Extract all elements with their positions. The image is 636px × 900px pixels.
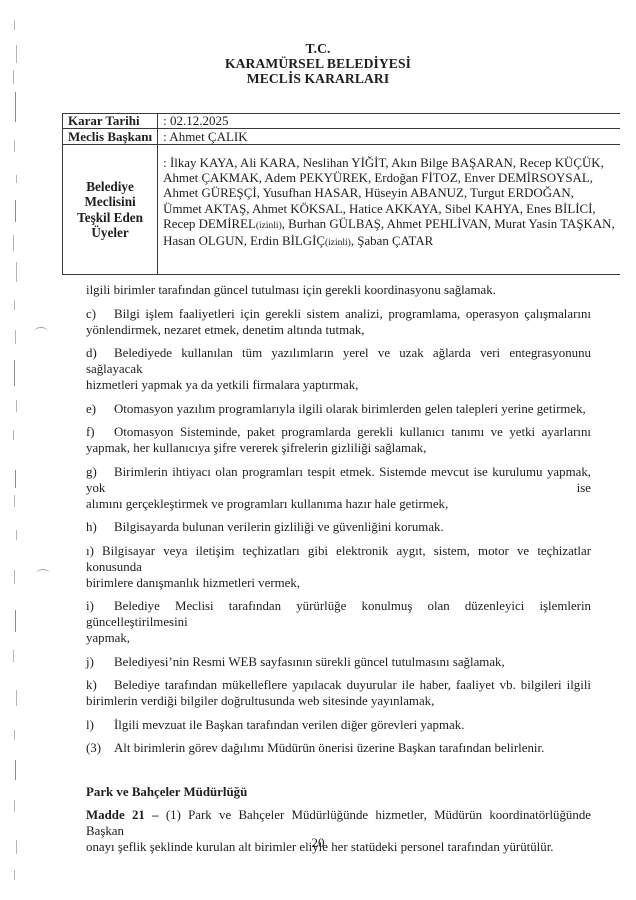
section-title: Park ve Bahçeler Müdürlüğü <box>86 784 591 800</box>
list-item-text: Otomasyon Sisteminde, paket programlarda… <box>114 425 591 439</box>
list-item-label: j) <box>86 654 114 670</box>
list-item: f)Otomasyon Sisteminde, paket programlar… <box>86 424 591 456</box>
list-item-text: Belediye tarafından mükelleflere yapılac… <box>114 678 591 692</box>
council-members-list: : İlkay KAYA, Ali KARA, Neslihan YİĞİT, … <box>158 145 620 275</box>
list-item-label: i) <box>86 598 114 614</box>
list-item-continuation: hizmetleri yapmak ya da yetkili firmalar… <box>86 378 358 392</box>
decision-date-label: Karar Tarihi <box>63 114 158 129</box>
list-item-text: Otomasyon yazılım programlarıyla ilgili … <box>114 402 586 416</box>
council-members-label: Belediye Meclisini Teşkil Eden Üyeler <box>63 145 158 275</box>
header-tc: T.C. <box>0 41 636 56</box>
members-line: Ümmet AKTAŞ, Ahmet KÖKSAL, Hatice AKKAYA… <box>163 202 615 217</box>
list-item: g)Birimlerin ihtiyacı olan programları t… <box>86 464 591 512</box>
list-item-first-line: e)Otomasyon yazılım programlarıyla ilgil… <box>86 402 586 416</box>
list-item: i)Belediye Meclisi tarafından yürürlüğe … <box>86 598 591 646</box>
list-item-label: ı) <box>86 544 94 558</box>
list-item-continuation: yönlendirmek, nezaret etmek, denetim alt… <box>86 323 364 337</box>
list-item: ı) Bilgisayar veya iletişim teçhizatları… <box>86 543 591 591</box>
list-item-first-line: k)Belediye tarafından mükelleflere yapıl… <box>86 677 591 693</box>
list-item: j)Belediyesi’nin Resmi WEB sayfasının sü… <box>86 654 591 670</box>
list-item-text: Bilgisayar veya iletişim teçhizatları gi… <box>86 544 591 574</box>
row-decision-date: Karar Tarihi : 02.12.2025 <box>63 114 620 129</box>
decision-meta-table: Karar Tarihi : 02.12.2025 Meclis Başkanı… <box>62 113 620 275</box>
list-item-first-line: i)Belediye Meclisi tarafından yürürlüğe … <box>86 598 591 630</box>
decision-date-value: : 02.12.2025 <box>158 114 620 129</box>
list-item: e)Otomasyon yazılım programlarıyla ilgil… <box>86 401 591 417</box>
list-item-text: Belediyede kullanılan tüm yazılımların y… <box>86 346 591 376</box>
list-item-text: Bilgisayarda bulunan verilerin gizliliği… <box>114 520 444 534</box>
list-item: l)İlgili mevzuat ile Başkan tarafından v… <box>86 717 591 733</box>
list-item-continuation: birimlere danışmanlık hizmetleri vermek, <box>86 576 300 590</box>
list-item-label: d) <box>86 345 114 361</box>
members-line: Hasan OLGUN, Erdin BİLGİÇ(izinli), Şaban… <box>163 234 615 251</box>
scan-mark <box>36 569 50 578</box>
row-council-chair: Meclis Başkanı : Ahmet ÇALIK <box>63 129 620 145</box>
members-line: Ahmet ÇAKMAK, Adem PEKYÜREK, Erdoğan FİT… <box>163 171 615 186</box>
scan-mark <box>34 327 48 336</box>
list-item-label: (3) <box>86 740 114 756</box>
article-first-text: (1) Park ve Bahçeler Müdürlüğünde hizmet… <box>86 808 591 838</box>
scan-edge-artifact <box>10 0 24 900</box>
list-item: d)Belediyede kullanılan tüm yazılımların… <box>86 345 591 393</box>
list-item-label: g) <box>86 464 114 480</box>
council-chair-label: Meclis Başkanı <box>63 129 158 145</box>
list-item-first-line: (3)Alt birimlerin görev dağılımı Müdürün… <box>86 741 544 755</box>
list-item-label: e) <box>86 401 114 417</box>
list-item-label: l) <box>86 717 114 733</box>
members-line: : İlkay KAYA, Ali KARA, Neslihan YİĞİT, … <box>163 156 615 171</box>
task-list: c)Bilgi işlem faaliyetleri için gerekli … <box>86 306 591 757</box>
list-item: h)Bilgisayarda bulunan verilerin gizlili… <box>86 519 591 535</box>
list-item: (3)Alt birimlerin görev dağılımı Müdürün… <box>86 740 591 756</box>
list-item-first-line: l)İlgili mevzuat ile Başkan tarafından v… <box>86 718 464 732</box>
excused-note: (izinli) <box>325 238 351 248</box>
list-item-label: c) <box>86 306 114 322</box>
list-item-label: k) <box>86 677 114 693</box>
list-item-text: Birimlerin ihtiyacı olan programları tes… <box>86 465 591 495</box>
page-number: 20 <box>0 835 636 851</box>
list-item-label: f) <box>86 424 114 440</box>
list-item-first-line: c)Bilgi işlem faaliyetleri için gerekli … <box>86 306 591 322</box>
list-item-first-line: ı) Bilgisayar veya iletişim teçhizatları… <box>86 543 591 575</box>
list-item: c)Bilgi işlem faaliyetleri için gerekli … <box>86 306 591 338</box>
article-label: Madde 21 – <box>86 808 159 822</box>
excused-note: (izinli) <box>256 221 282 231</box>
members-line: Ahmet GÜREŞÇİ, Yusufhan HASAR, Hüseyin A… <box>163 186 615 201</box>
members-line: Recep DEMİREL(izinli), Burhan GÜLBAŞ, Ah… <box>163 217 615 234</box>
list-item-first-line: h)Bilgisayarda bulunan verilerin gizlili… <box>86 520 444 534</box>
list-item-continuation: alımını gerçekleştirmek ve programları k… <box>86 497 448 511</box>
document-page: T.C. KARAMÜRSEL BELEDİYESİ MECLİS KARARL… <box>0 0 636 900</box>
document-header: T.C. KARAMÜRSEL BELEDİYESİ MECLİS KARARL… <box>0 41 636 86</box>
list-item-label: h) <box>86 519 114 535</box>
council-chair-value: : Ahmet ÇALIK <box>158 129 620 145</box>
list-item-first-line: j)Belediyesi’nin Resmi WEB sayfasının sü… <box>86 655 505 669</box>
header-municipality: KARAMÜRSEL BELEDİYESİ <box>0 56 636 71</box>
intro-paragraph: ilgili birimler tarafından güncel tutulm… <box>86 282 591 298</box>
list-item-text: Belediye Meclisi tarafından yürürlüğe ko… <box>86 599 591 629</box>
list-item-continuation: yapmak, her kullanıcıya şifre vererek şi… <box>86 441 426 455</box>
list-item-first-line: f)Otomasyon Sisteminde, paket programlar… <box>86 424 591 440</box>
list-item: k)Belediye tarafından mükelleflere yapıl… <box>86 677 591 709</box>
document-body: ilgili birimler tarafından güncel tutulm… <box>86 282 591 863</box>
list-item-first-line: g)Birimlerin ihtiyacı olan programları t… <box>86 464 591 496</box>
list-item-text: Bilgi işlem faaliyetleri için gerekli si… <box>114 307 591 321</box>
header-council-decisions: MECLİS KARARLARI <box>0 71 636 86</box>
list-item-first-line: d)Belediyede kullanılan tüm yazılımların… <box>86 345 591 377</box>
list-item-text: Alt birimlerin görev dağılımı Müdürün ön… <box>114 741 544 755</box>
list-item-text: Belediyesi’nin Resmi WEB sayfasının süre… <box>114 655 505 669</box>
list-item-continuation: yapmak, <box>86 631 130 645</box>
list-item-text: İlgili mevzuat ile Başkan tarafından ver… <box>114 718 464 732</box>
row-council-members: Belediye Meclisini Teşkil Eden Üyeler : … <box>63 145 620 275</box>
list-item-continuation: birimlerin verdiği bilgiler doğrultusund… <box>86 694 434 708</box>
